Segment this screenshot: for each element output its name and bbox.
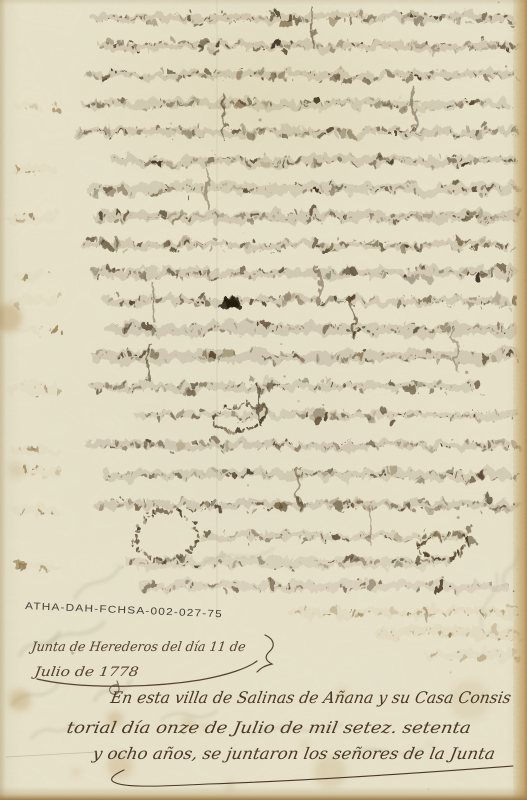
body-line1: En esta villa de Salinas de Añana y su C… [108,688,512,707]
paper-crease [216,0,218,620]
margin-note-line1: Junta de Herederos del día 11 de [28,640,247,655]
manuscript-scan: ATHA-DAH-FCHSA-002-027-75 Junta de Hered… [0,0,527,800]
manuscript-page: ATHA-DAH-FCHSA-002-027-75 Junta de Hered… [0,0,527,800]
page-top-edge-shade [0,0,527,5]
page-bottom-edge [0,787,527,800]
page-right-deckle-texture [513,0,527,800]
page-left-edge-shade [0,0,6,800]
body-line3: y ocho años, se juntaron los señores de … [90,744,496,763]
paper-grain [0,0,527,800]
margin-note-line2: Julio de 1778 [30,665,140,680]
body-line2: torial día onze de Julio de mil setez. s… [65,718,472,737]
